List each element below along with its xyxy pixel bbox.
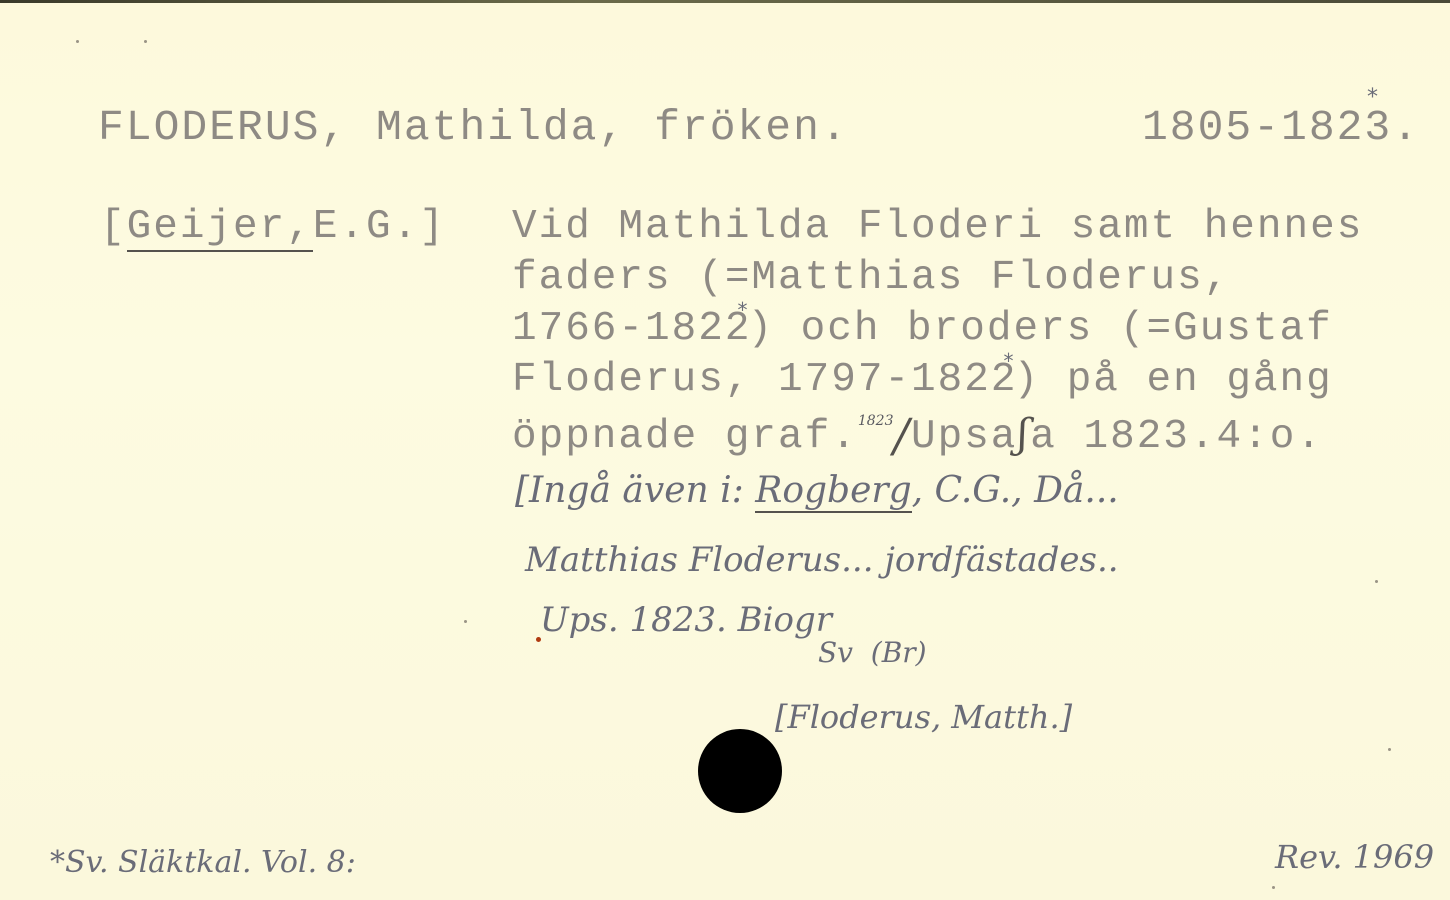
title-line-5: öppnade graf.1823/Upsaʃa 1823.4:o. [512, 406, 1323, 469]
ink-speck [536, 637, 541, 642]
title-line-1: Vid Mathilda Floderi samt hennes [512, 202, 1363, 253]
ink-speck [144, 40, 147, 43]
year-annotation: 1823 [858, 413, 894, 429]
author-surname: Geijer, [127, 204, 313, 252]
note-prefix: [Ingå även i: [515, 470, 755, 511]
title-text-grave: öppnade graf. [512, 414, 858, 460]
title-line-4: Floderus, 1797-1822*) på en gång [512, 355, 1333, 409]
handwritten-note-line-2: Matthias Floderus... jordfästades.. [525, 540, 1119, 580]
author-bracket-close: ] [419, 204, 446, 250]
card-top-edge [0, 0, 1450, 3]
author-field: [Geijer,E.G.] [100, 202, 446, 253]
handwritten-note-line-4: Sv (Br) [818, 636, 927, 669]
note-author-underlined: Rogberg [755, 470, 911, 513]
ink-speck [1388, 748, 1391, 751]
imprint-year-format: a 1823.4:o. [1030, 414, 1323, 460]
slash-mark: / [894, 408, 912, 462]
asterisk-mark-icon: * [1003, 349, 1013, 373]
handwritten-revision-note: Rev. 1969 [1275, 838, 1434, 876]
handwritten-footer-source: *Sv. Släktkal. Vol. 8: [50, 845, 356, 880]
title-dates-brother: Floderus, 1797-1822 [512, 357, 1017, 403]
card-heading-name: FLODERUS, Mathilda, fröken. [98, 103, 849, 152]
ink-speck [76, 40, 79, 43]
author-bracket-open: [ [100, 204, 127, 250]
note-suffix: , C.G., Då... [912, 470, 1119, 511]
author-initials: E.G. [313, 204, 419, 250]
asterisk-mark-icon: * [1367, 85, 1378, 110]
card-heading-dates: 1805-1823.* [1142, 103, 1420, 152]
title-dates-father: 1766-1822 [512, 306, 751, 352]
title-text-brother: ) och broders (=Gustaf [747, 306, 1332, 352]
ink-speck [464, 620, 467, 623]
dates-text: 1805-1823. [1142, 103, 1420, 152]
handwritten-subject-heading: [Floderus, Matth.] [775, 698, 1072, 736]
title-line-3: 1766-1822*) och broders (=Gustaf [512, 304, 1333, 358]
handwritten-note-line-1: [Ingå även i: Rogberg, C.G., Då... [515, 470, 1119, 511]
punch-hole [698, 729, 782, 813]
title-line-2: faders (=Matthias Floderus, [512, 253, 1230, 304]
handwritten-note-line-3: Ups. 1823. Biogr [540, 600, 832, 640]
ink-speck [1272, 886, 1275, 889]
long-s-correction: ʃ [1017, 411, 1030, 457]
asterisk-mark-icon: * [737, 298, 747, 322]
imprint-place: Upsa [911, 414, 1017, 460]
catalog-card: FLODERUS, Mathilda, fröken. 1805-1823.* … [0, 0, 1450, 900]
title-text-once: ) på en gång [1013, 357, 1332, 403]
ink-speck [1375, 580, 1378, 583]
